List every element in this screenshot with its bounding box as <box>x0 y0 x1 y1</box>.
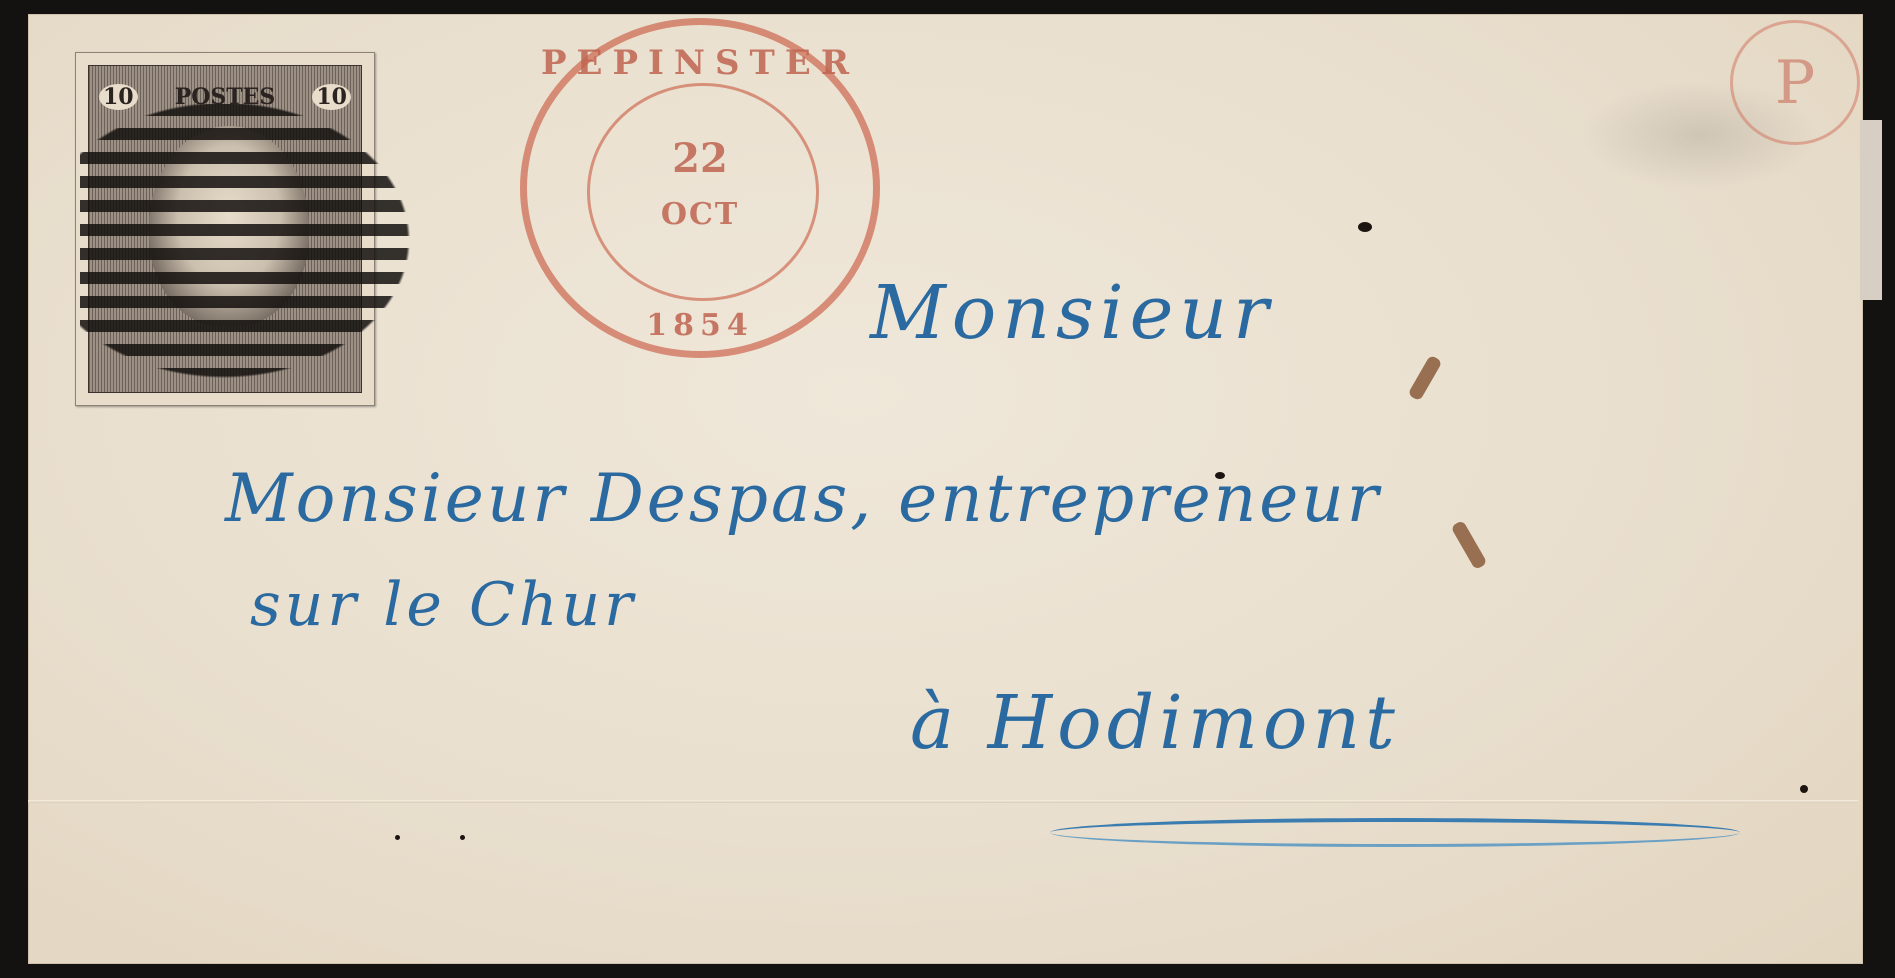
postmark-year: 1854 <box>527 308 873 343</box>
ink-spot <box>1358 222 1372 232</box>
date-postmark: PEPINSTER 22 OCT 1854 <box>520 18 880 358</box>
address-line-2: Monsieur Despas, entrepreneur <box>225 460 1381 537</box>
ink-spot <box>1215 472 1225 479</box>
postmark-day: 22 <box>527 135 873 182</box>
secondary-postmark: P <box>1730 20 1860 145</box>
stamp-value-left: 10 <box>99 84 138 110</box>
postmark-month: OCT <box>527 197 873 232</box>
ink-spot <box>395 835 400 840</box>
postage-stamp: 10 POSTES 10 <box>75 52 375 406</box>
address-underline-flourish <box>1050 818 1740 847</box>
stamp-portrait <box>149 126 309 326</box>
postmark-town: PEPINSTER <box>527 43 873 83</box>
ink-spot <box>1800 785 1808 793</box>
ink-spot <box>460 835 465 840</box>
fold-line <box>28 800 1858 803</box>
stamp-country-label: POSTES <box>175 84 276 110</box>
stamp-engraving: 10 POSTES 10 <box>88 65 362 393</box>
postmark-inner-ring <box>587 83 819 301</box>
address-line-1: Monsieur <box>870 270 1274 356</box>
stamp-top-label: 10 POSTES 10 <box>89 84 361 110</box>
stamp-value-right: 10 <box>312 84 351 110</box>
address-line-3: sur le Chur <box>250 570 637 640</box>
cover-edge-flap <box>1860 120 1882 300</box>
address-line-4: à Hodimont <box>910 680 1400 766</box>
